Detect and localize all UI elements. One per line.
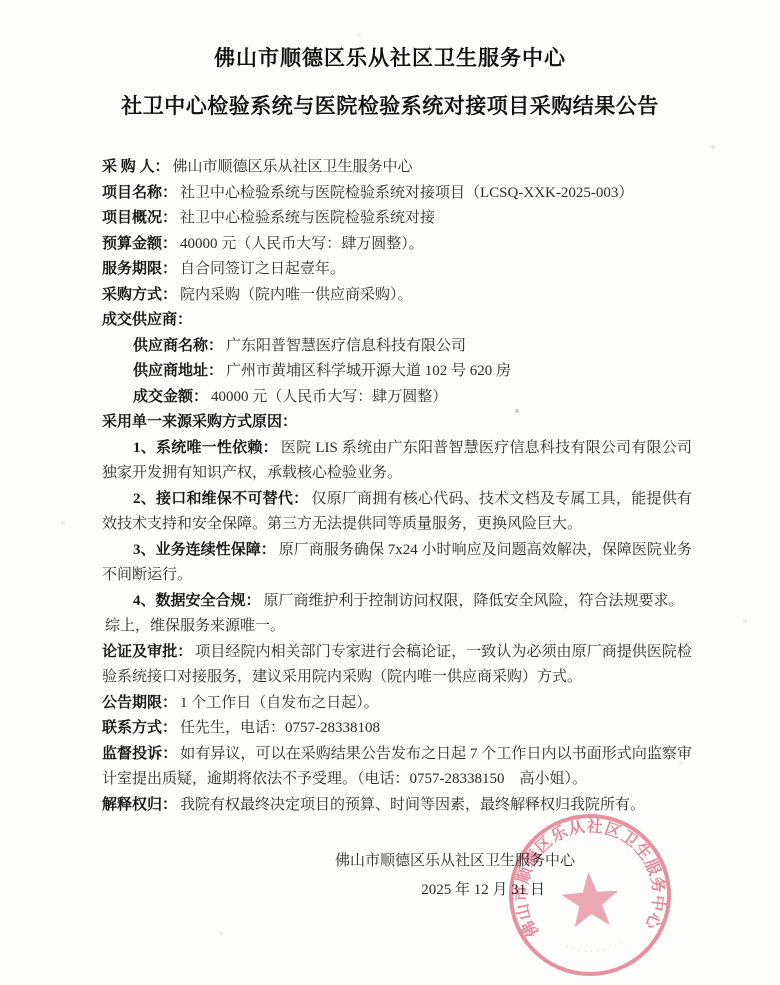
field-label: 联系方式： [102,720,177,736]
field-value: 40000 元（人民币大写：肆万圆整） [211,389,447,405]
seal-serial-text: · · · · · · · · · · [564,939,626,958]
field-value: 社卫中心检验系统与医院检验系统对接 [180,210,435,226]
field-buyer: 采 购 人：佛山市顺德区乐从社区卫生服务中心 [102,155,692,181]
field-value: 院内采购（院内唯一供应商采购）。 [180,287,413,303]
document-body: 采 购 人：佛山市顺德区乐从社区卫生服务中心 项目名称：社卫中心检验系统与医院检… [0,120,780,901]
field-label: 3、业务连续性保障： [133,542,276,558]
awarded-supplier-heading: 成交供应商： [102,308,692,334]
field-procurement-method: 采购方式：院内采购（院内唯一供应商采购）。 [102,283,692,309]
field-value: 40000 元（人民币大写：肆万圆整）。 [180,236,424,252]
field-label: 预算金额： [102,236,177,252]
field-label: 1、系统唯一性依赖： [133,440,278,456]
reason-2-interface-maintenance: 2、接口和维保不可替代：仅原厂商拥有核心代码、技术文档及专属工具，能提供有效技术… [102,487,692,538]
field-service-term: 服务期限：自合同签订之日起壹年。 [102,257,692,283]
field-value: 1 个工作日（自发布之日起）。 [180,695,379,711]
field-supervision-complaint: 监督投诉：如有异议，可以在采购结果公告发布之日起 7 个工作日内以书面形式向监察… [102,742,692,793]
field-budget-amount: 预算金额：40000 元（人民币大写：肆万圆整）。 [102,232,692,258]
field-value: 如有异议，可以在采购结果公告发布之日起 7 个工作日内以书面形式向监察审计室提出… [102,746,692,788]
single-source-reason-heading: 采用单一来源采购方式原因： [102,410,692,436]
field-label: 采用单一来源采购方式原因： [102,414,297,430]
field-announcement-period: 公告期限：1 个工作日（自发布之日起）。 [102,691,692,717]
field-project-name: 项目名称：社卫中心检验系统与医院检验系统对接项目（LCSQ-XXK-2025-0… [102,181,692,207]
reason-4-data-security: 4、数据安全合规：原厂商维护利于控制访问权限，降低安全风险，符合法规要求。 [102,589,692,615]
field-label: 项目概况： [102,210,177,226]
field-label: 论证及审批： [102,644,192,660]
field-label: 监督投诉： [102,746,177,762]
field-label: 2、接口和维保不可替代： [133,491,308,507]
field-label: 4、数据安全合规： [133,593,261,609]
reason-1-system-dependency: 1、系统唯一性依赖：医院 LIS 系统由广东阳普智慧医疗信息科技有限公司有限公司… [102,436,692,487]
reason-3-business-continuity: 3、业务连续性保障：原厂商服务确保 7x24 小时响应及问题高效解决，保障医院业… [102,538,692,589]
seal-serial-holder: · · · · · · · · · · [564,939,626,958]
scan-noise-speckles [0,0,2,2]
field-label: 采 购 人： [102,159,170,175]
signature-org: 佛山市顺德区乐从社区卫生服务中心 [102,850,692,872]
field-supplier-name: 供应商名称：广东阳普智慧医疗信息科技有限公司 [102,334,692,360]
field-label: 解释权归： [102,797,177,813]
reason-summary: 综上，维保服务来源唯一。 [102,614,692,640]
field-label: 公告期限： [102,695,177,711]
document-header: 佛山市顺德区乐从社区卫生服务中心 社卫中心检验系统与医院检验系统对接项目采购结果… [0,0,780,120]
scanned-document-page: 佛山市顺德区乐从社区卫生服务中心 社卫中心检验系统与医院检验系统对接项目采购结果… [0,0,780,985]
field-project-overview: 项目概况：社卫中心检验系统与医院检验系统对接 [102,206,692,232]
field-value: 原厂商维护利于控制访问权限，降低安全风险，符合法规要求。 [264,593,684,609]
field-value: 自合同签订之日起壹年。 [180,261,345,277]
signature-block: 佛山市顺德区乐从社区卫生服务中心 2025 年 12 月 31 日 [102,850,692,901]
field-award-amount: 成交金额：40000 元（人民币大写：肆万圆整） [102,385,692,411]
field-value: 任先生，电话：0757-28338108 [180,720,380,736]
field-label: 成交供应商： [102,312,192,328]
field-supplier-address: 供应商地址：广州市黄埔区科学城开源大道 102 号 620 房 [102,359,692,385]
field-label: 服务期限： [102,261,177,277]
field-review-approval: 论证及审批：项目经院内相关部门专家进行会稿论证，一致认为必须由原厂商提供医院检验… [102,640,692,691]
field-interpretation-right: 解释权归：我院有权最终决定项目的预算、时间等因素，最终解释权归我院所有。 [102,793,692,819]
field-contact: 联系方式：任先生，电话：0757-28338108 [102,716,692,742]
field-value: 我院有权最终决定项目的预算、时间等因素，最终解释权归我院所有。 [180,797,645,813]
field-value: 佛山市顺德区乐从社区卫生服务中心 [173,159,413,175]
field-value: 广东阳普智慧医疗信息科技有限公司 [226,338,466,354]
field-label: 成交金额： [133,389,208,405]
field-value: 综上，维保服务来源唯一。 [105,618,285,634]
field-value: 广州市黄埔区科学城开源大道 102 号 620 房 [226,363,511,379]
announcement-title: 社卫中心检验系统与医院检验系统对接项目采购结果公告 [0,90,780,120]
field-label: 项目名称： [102,185,177,201]
field-label: 采购方式： [102,287,177,303]
signature-date: 2025 年 12 月 31 日 [102,879,692,901]
org-title: 佛山市顺德区乐从社区卫生服务中心 [0,42,780,72]
field-label: 供应商地址： [133,363,223,379]
field-label: 供应商名称： [133,338,223,354]
field-value: 社卫中心检验系统与医院检验系统对接项目（LCSQ-XXK-2025-003） [180,185,633,201]
